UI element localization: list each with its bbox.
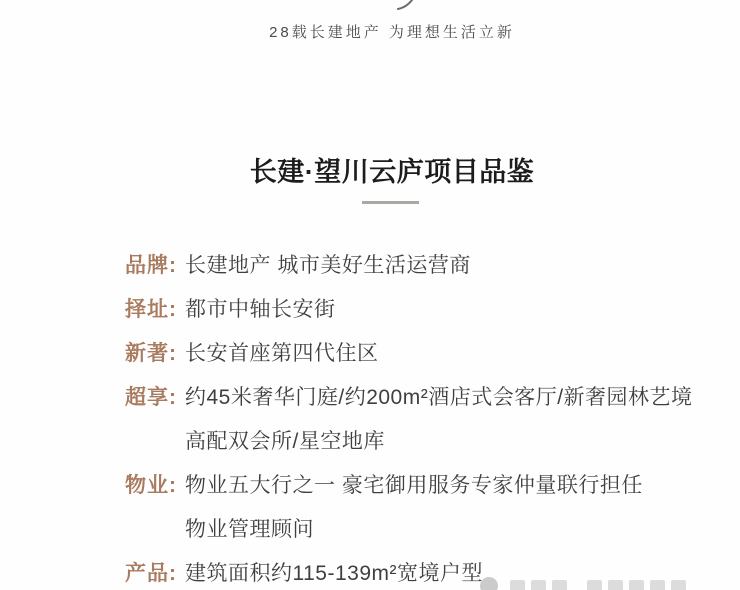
detail-row-new-work: 新著: 长安首座第四代住区 [125, 332, 685, 376]
detail-label: 新著: [125, 332, 185, 376]
brand-tagline: 28载长建地产 为理想生活立新 [22, 21, 740, 42]
project-details-list: 品牌: 长建地产 城市美好生活运营商 择址: 都市中轴长安街 新著: 长安首座第… [125, 244, 685, 590]
watermark-glyph [552, 580, 567, 590]
detail-label: 择址: [125, 288, 185, 332]
detail-row-property: 物业: 物业五大行之一 豪宅御用服务专家仲量联行担任 物业管理顾问 [125, 464, 685, 552]
detail-text: 长建地产 城市美好生活运营商 [185, 254, 471, 277]
detail-row-location: 择址: 都市中轴长安街 [125, 288, 685, 332]
detail-text: 约45米奢华门庭/约200m²酒店式会客厅/新奢园林艺境 [185, 386, 693, 409]
watermark-glyph [510, 580, 525, 590]
watermark-glyph [531, 580, 546, 590]
detail-text-continued: 高配双会所/星空地库 [185, 430, 385, 453]
watermark-glyph [608, 580, 623, 590]
watermark-glyph [650, 580, 665, 590]
watermark-glyph [587, 580, 602, 590]
detail-text: 物业五大行之一 豪宅御用服务专家仲量联行担任 [185, 474, 643, 497]
watermark-logo-icon [480, 577, 498, 590]
watermark-glyph [629, 580, 644, 590]
detail-label: 品牌: [125, 244, 185, 288]
detail-row-brand: 品牌: 长建地产 城市美好生活运营商 [125, 244, 685, 288]
detail-label: 超享: [125, 376, 185, 420]
watermark-glyph [671, 580, 686, 590]
detail-text: 建筑面积约115-139m²宽境户型 [185, 562, 483, 585]
detail-label: 产品: [125, 552, 185, 590]
detail-text-continued: 物业管理顾问 [185, 518, 314, 541]
detail-row-premium: 超享: 约45米奢华门庭/约200m²酒店式会客厅/新奢园林艺境 高配双会所/星… [125, 376, 685, 464]
logo-curve-mark-icon [394, 0, 418, 11]
title-divider [362, 201, 419, 204]
detail-text: 长安首座第四代住区 [185, 342, 379, 365]
detail-label: 物业: [125, 464, 185, 508]
flyer-page: 28载长建地产 为理想生活立新 长建·望川云庐项目品鉴 品牌: 长建地产 城市美… [0, 0, 740, 590]
detail-text: 都市中轴长安街 [185, 298, 336, 321]
page-title: 长建·望川云庐项目品鉴 [22, 150, 740, 189]
watermark [480, 577, 686, 590]
